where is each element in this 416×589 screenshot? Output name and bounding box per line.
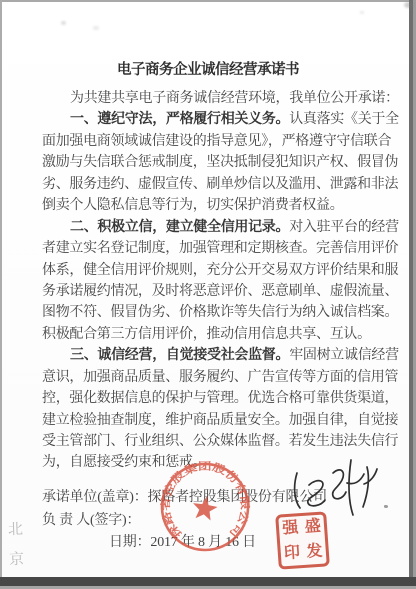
body-line: 劣、服务违约、虚假宣传、刷单炒信以及滥用、泄露和非法	[42, 174, 392, 195]
body-line-text: 为共建共享电子商务诚信经营环境，我单位公开承诺：	[70, 91, 399, 106]
body-line-text: 体系，健全信用评价规则，充分公开交易双方评价结果和服	[42, 263, 398, 278]
body-line: 激励与失信联合惩戒制度，坚决抵制侵犯知识产权、假冒伪	[42, 152, 392, 173]
body-line-text: 务承诺履约情况，及时将恶意评价、恶意刷单、虚假流量、	[42, 284, 398, 299]
body-line: 为共建共享电子商务诚信经营环境，我单位公开承诺：	[42, 88, 392, 109]
body-line-text: 意识，加强商品质量、服务履约、广告宣传等方面的信用管	[42, 370, 398, 385]
responsible-person-line: 负 责 人(签字)：	[42, 509, 140, 529]
body-line-heading: 二、积极立信，建立健全信用记录。	[70, 220, 289, 235]
scan-speck	[61, 21, 66, 25]
body-line: 面加强电商领域诚信建设的指导意见》，严格遵守守信联合	[42, 131, 392, 152]
scan-edge-left	[0, 0, 2, 589]
body-line-text: 图物不符、假冒伪劣、价格欺诈等失信行为纳入诚信档案。	[42, 305, 398, 320]
body-line: 务承诺履约情况，及时将恶意评价、恶意刷单、虚假流量、	[42, 281, 392, 302]
stamp-char: 印	[280, 541, 304, 567]
body-line-heading: 三、诚信经营，自觉接受社会监督。	[70, 348, 289, 363]
body-line-text: 激励与失信联合惩戒制度，坚决抵制侵犯知识产权、假冒伪	[42, 155, 398, 170]
body-line-text: 倒卖个人隐私信息等行为，切实保护消费者权益。	[42, 198, 343, 213]
scan-edge-bottom	[0, 577, 416, 586]
body-line-text: 对入驻平台的经营	[289, 220, 399, 235]
scan-speck	[404, 2, 413, 8]
body-line: 图物不符、假冒伪劣、价格欺诈等失信行为纳入诚信档案。	[42, 302, 392, 323]
body-line: 体系，健全信用评价规则，充分公开交易双方评价结果和服	[42, 260, 392, 281]
company-seal: 探路者控股集团股份有限公司	[152, 454, 257, 559]
body-line-text: 受主管部门、行业组织、公众媒体监督。若发生违法失信行	[42, 434, 398, 449]
body-line-text: 控，强化数据信息的保护与管理。优选合格可靠供货渠道，	[42, 391, 398, 406]
body-line-heading: 一、遵纪守法，严格履行相关义务。	[70, 112, 289, 127]
seal-star-icon	[191, 494, 219, 521]
body-line: 控，强化数据信息的保护与管理。优选合格可靠供货渠道，	[42, 388, 392, 409]
responsible-person-label: 负 责 人(签字)：	[42, 513, 140, 528]
body-line-text: 牢固树立诚信经营	[289, 348, 399, 363]
body-line: 者建立实名登记制度，加强管理和定期核查。完善信用评价	[42, 238, 392, 259]
side-watermark-char: 北	[8, 518, 24, 540]
committing-unit-label: 承诺单位(盖章)：	[42, 490, 148, 505]
body-line: 二、积极立信，建立健全信用记录。对入驻平台的经营	[42, 217, 392, 238]
scan-speck	[360, 11, 364, 14]
body-line: 倒卖个人隐私信息等行为，切实保护消费者权益。	[42, 195, 392, 216]
body-line-text: 建立检验抽查制度，维护商品质量安全。加强自律，自觉接	[42, 413, 398, 428]
scan-speck	[93, 26, 99, 30]
side-watermark-char: 京	[9, 548, 25, 570]
body-line-text: 面加强电商领域诚信建设的指导意见》，严格遵守守信联合	[42, 134, 391, 149]
body-line-text: 者建立实名登记制度，加强管理和定期核查。完善信用评价	[42, 241, 398, 256]
body-line: 受主管部门、行业组织、公众媒体监督。若发生违法失信行	[42, 431, 392, 452]
body-lines: 为共建共享电子商务诚信经营环境，我单位公开承诺：一、遵纪守法，严格履行相关义务。…	[42, 88, 392, 474]
signature-handwriting	[288, 453, 392, 523]
stamp-char: 发	[303, 539, 327, 565]
body-line: 三、诚信经营，自觉接受社会监督。牢固树立诚信经营	[42, 345, 392, 366]
body-line: 积极配合第三方信用评价，推动信用信息共享、互认。	[42, 324, 392, 345]
side-watermark: 北 京	[5, 518, 27, 570]
scan-edge-top	[0, 0, 416, 2]
body-line: 一、遵纪守法，严格履行相关义务。认真落实《关于全	[42, 109, 392, 130]
document-title: 电子商务企业诚信经营承诺书	[0, 58, 416, 79]
body-line: 建立检验抽查制度，维护商品质量安全。加强自律，自觉接	[42, 410, 392, 431]
scanned-document: 电子商务企业诚信经营承诺书 为共建共享电子商务诚信经营环境，我单位公开承诺：一、…	[0, 0, 416, 589]
body-line-text: 劣、服务违约、虚假宣传、刷单炒信以及滥用、泄露和非法	[42, 177, 398, 192]
body-line-text: 积极配合第三方信用评价，推动信用信息共享、互认。	[42, 327, 371, 342]
body-line: 意识，加强商品质量、服务履约、广告宣传等方面的信用管	[42, 367, 392, 388]
body-line-text: 认真落实《关于全	[289, 112, 399, 127]
